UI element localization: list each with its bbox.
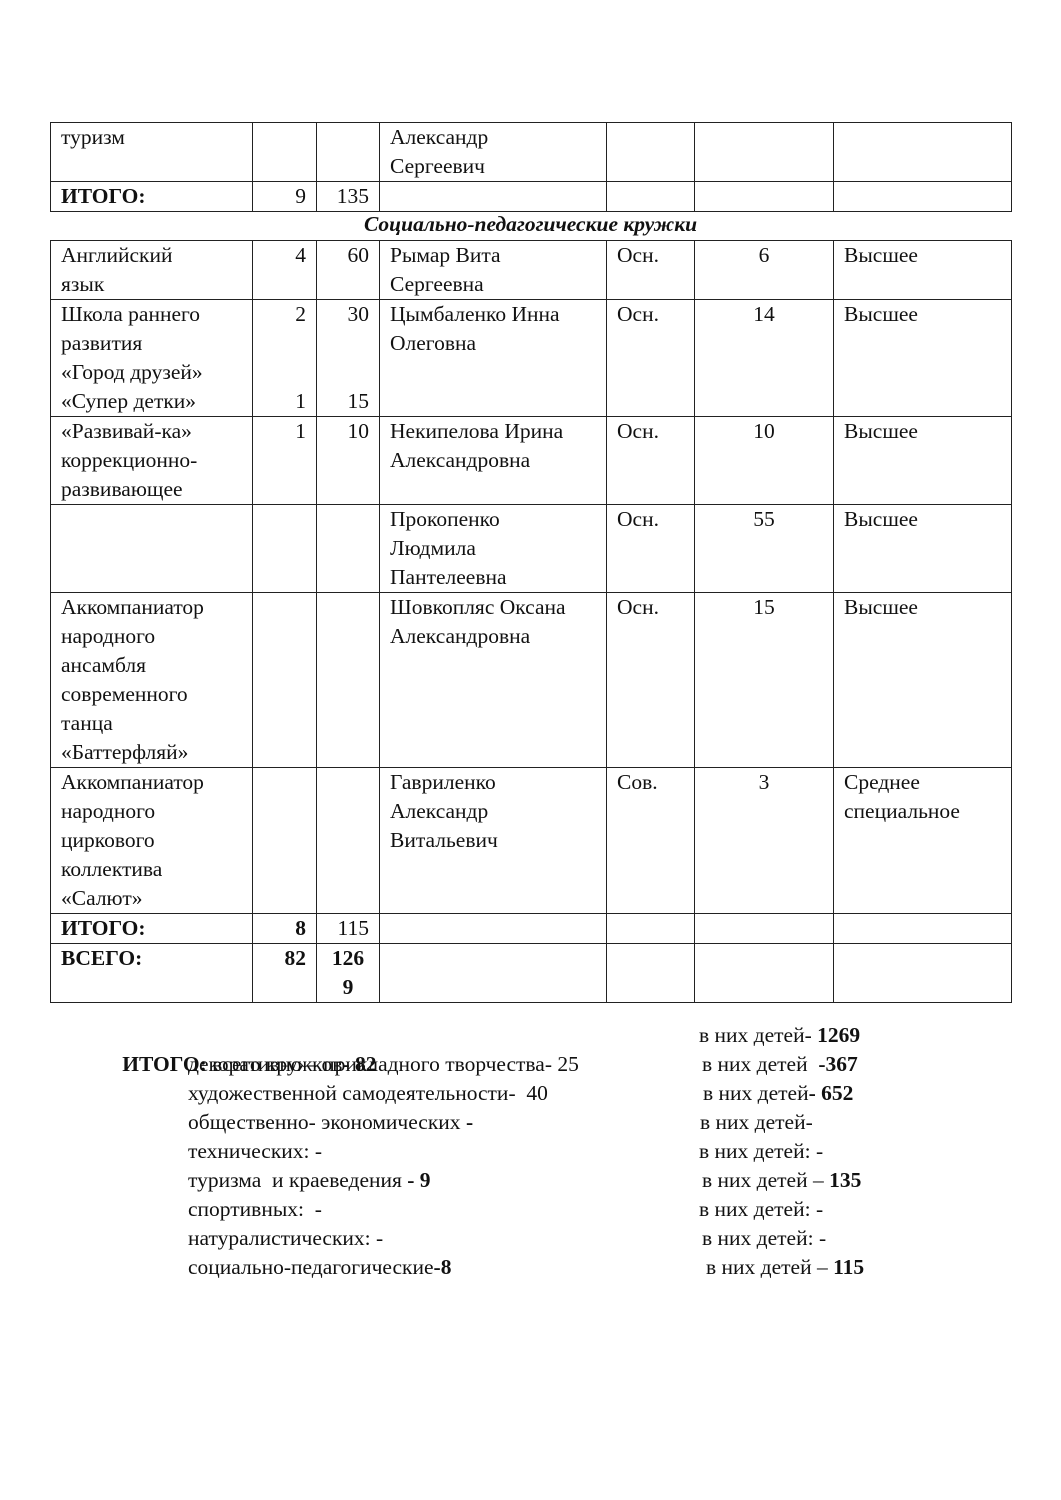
cell-children bbox=[317, 123, 380, 182]
children-secondary: 15 bbox=[327, 387, 369, 416]
cell-children: 126 9 bbox=[317, 944, 380, 1003]
cell-count bbox=[253, 505, 317, 593]
cell-teacher: Некипелова Ирина Александровна bbox=[380, 417, 607, 505]
cell-name bbox=[51, 505, 253, 593]
children-value: - 652 bbox=[809, 1081, 854, 1105]
cell-experience bbox=[695, 914, 834, 944]
summary-line: общественно- экономических - в них детей… bbox=[0, 1108, 1061, 1137]
cell-status: Осн. bbox=[607, 241, 695, 300]
summary-line: декоративно – прикладного творчества- 25… bbox=[0, 1050, 1061, 1079]
cell-status bbox=[607, 914, 695, 944]
cell-children bbox=[317, 593, 380, 768]
summary-line: спортивных: - в них детей: - bbox=[0, 1195, 1061, 1224]
summary-block: ИТОГО: всего кружков- 82 в них детей- 12… bbox=[0, 1021, 1061, 1282]
cell-name: Школа раннего развития «Город друзей» «С… bbox=[51, 300, 253, 417]
cell-status bbox=[607, 123, 695, 182]
children-label: в них детей- bbox=[699, 1023, 817, 1047]
cell-status: Осн. bbox=[607, 505, 695, 593]
cell-name: Аккомпаниатор народного ансамбля совреме… bbox=[51, 593, 253, 768]
children-label: в них детей- bbox=[700, 1110, 813, 1134]
cell-education bbox=[834, 914, 1012, 944]
cell-teacher: Цымбаленко Инна Олеговна bbox=[380, 300, 607, 417]
cell-status: Осн. bbox=[607, 300, 695, 417]
cell-children: 60 bbox=[317, 241, 380, 300]
cell-experience: 15 bbox=[695, 593, 834, 768]
cell-education: Высшее bbox=[834, 505, 1012, 593]
cell-status: Осн. bbox=[607, 417, 695, 505]
summary-label: туризма и краеведения bbox=[188, 1168, 407, 1192]
summary-label: технических: - bbox=[188, 1139, 322, 1163]
cell-education bbox=[834, 123, 1012, 182]
cell-children bbox=[317, 505, 380, 593]
table-row: «Развивай-ка» коррекционно- развивающее … bbox=[51, 417, 1012, 505]
summary-label: декоративно – прикладного творчества bbox=[188, 1052, 545, 1076]
summary-line: художественной самодеятельности- 40 в ни… bbox=[0, 1079, 1061, 1108]
cell-education: Среднее специальное bbox=[834, 768, 1012, 914]
children-value: -367 bbox=[818, 1052, 857, 1076]
cell-name: ИТОГО: bbox=[51, 914, 253, 944]
table-row-total: ИТОГО: 8 115 bbox=[51, 914, 1012, 944]
cell-name: Английский язык bbox=[51, 241, 253, 300]
section-title: Социально-педагогические кружки bbox=[50, 210, 1011, 239]
table-top-continuation: туризм Александр Сергеевич ИТОГО: 9 135 bbox=[50, 122, 1012, 212]
cell-status bbox=[607, 182, 695, 212]
summary-label: натуралистических: - bbox=[188, 1226, 383, 1250]
summary-value: - 40 bbox=[508, 1081, 547, 1105]
table-row: Аккомпаниатор народного ансамбля совреме… bbox=[51, 593, 1012, 768]
cell-children: 135 bbox=[317, 182, 380, 212]
cell-children bbox=[317, 768, 380, 914]
cell-children: 3015 bbox=[317, 300, 380, 417]
table-row: Английский язык 4 60 Рымар Вита Сергеевн… bbox=[51, 241, 1012, 300]
summary-label: художественной самодеятельности bbox=[188, 1081, 508, 1105]
summary-value: - 25 bbox=[545, 1052, 579, 1076]
count-secondary: 1 bbox=[263, 387, 306, 416]
summary-line: технических: - в них детей: - bbox=[0, 1137, 1061, 1166]
table-row: Аккомпаниатор народного циркового коллек… bbox=[51, 768, 1012, 914]
cell-teacher: Рымар Вита Сергеевна bbox=[380, 241, 607, 300]
cell-experience: 14 bbox=[695, 300, 834, 417]
cell-count: 8 bbox=[253, 914, 317, 944]
cell-experience bbox=[695, 123, 834, 182]
summary-value: -8 bbox=[434, 1255, 452, 1279]
cell-count: 1 bbox=[253, 417, 317, 505]
children-label: в них детей bbox=[702, 1052, 818, 1076]
cell-education: Высшее bbox=[834, 417, 1012, 505]
cell-teacher: Шовкопляс Оксана Александровна bbox=[380, 593, 607, 768]
cell-education bbox=[834, 182, 1012, 212]
children-value: 115 bbox=[833, 1255, 864, 1279]
children-primary: 30 bbox=[327, 300, 369, 329]
cell-name: туризм bbox=[51, 123, 253, 182]
cell-education: Высшее bbox=[834, 300, 1012, 417]
summary-label: спортивных: - bbox=[188, 1197, 322, 1221]
children-label: в них детей: - bbox=[699, 1197, 823, 1221]
cell-count: 21 bbox=[253, 300, 317, 417]
cell-count: 9 bbox=[253, 182, 317, 212]
table-row-grand-total: ВСЕГО: 82 126 9 bbox=[51, 944, 1012, 1003]
cell-name: ИТОГО: bbox=[51, 182, 253, 212]
summary-line: натуралистических: - в них детей: - bbox=[0, 1224, 1061, 1253]
cell-name: Аккомпаниатор народного циркового коллек… bbox=[51, 768, 253, 914]
children-label: в них детей – bbox=[706, 1255, 833, 1279]
cell-education bbox=[834, 944, 1012, 1003]
cell-count bbox=[253, 768, 317, 914]
cell-name: «Развивай-ка» коррекционно- развивающее bbox=[51, 417, 253, 505]
cell-count: 4 bbox=[253, 241, 317, 300]
cell-children: 10 bbox=[317, 417, 380, 505]
count-primary: 2 bbox=[263, 300, 306, 329]
children-value: 1269 bbox=[817, 1023, 860, 1047]
children-label: в них детей bbox=[703, 1081, 809, 1105]
cell-status bbox=[607, 944, 695, 1003]
summary-value: - bbox=[466, 1110, 473, 1134]
table-social-pedagogical: Английский язык 4 60 Рымар Вита Сергеевн… bbox=[50, 240, 1012, 1003]
summary-value: - 9 bbox=[407, 1168, 430, 1192]
cell-name: ВСЕГО: bbox=[51, 944, 253, 1003]
cell-children: 115 bbox=[317, 914, 380, 944]
cell-education: Высшее bbox=[834, 593, 1012, 768]
cell-teacher: Гавриленко Александр Витальевич bbox=[380, 768, 607, 914]
cell-status: Сов. bbox=[607, 768, 695, 914]
summary-line: туризма и краеведения - 9 в них детей – … bbox=[0, 1166, 1061, 1195]
cell-count bbox=[253, 593, 317, 768]
children-label: в них детей: - bbox=[699, 1139, 823, 1163]
cell-teacher: Александр Сергеевич bbox=[380, 123, 607, 182]
cell-teacher bbox=[380, 914, 607, 944]
cell-count bbox=[253, 123, 317, 182]
cell-experience bbox=[695, 182, 834, 212]
table-row-total: ИТОГО: 9 135 bbox=[51, 182, 1012, 212]
table-row: Школа раннего развития «Город друзей» «С… bbox=[51, 300, 1012, 417]
cell-status: Осн. bbox=[607, 593, 695, 768]
cell-experience: 6 bbox=[695, 241, 834, 300]
table-row: туризм Александр Сергеевич bbox=[51, 123, 1012, 182]
cell-teacher bbox=[380, 944, 607, 1003]
cell-teacher: Прокопенко Людмила Пантелеевна bbox=[380, 505, 607, 593]
children-label: в них детей – bbox=[702, 1168, 829, 1192]
cell-count: 82 bbox=[253, 944, 317, 1003]
cell-teacher bbox=[380, 182, 607, 212]
table-row: Прокопенко Людмила Пантелеевна Осн. 55 В… bbox=[51, 505, 1012, 593]
cell-experience: 55 bbox=[695, 505, 834, 593]
summary-line: социально-педагогические-8 в них детей –… bbox=[0, 1253, 1061, 1282]
children-label: в них детей: - bbox=[702, 1226, 826, 1250]
cell-experience: 3 bbox=[695, 768, 834, 914]
cell-education: Высшее bbox=[834, 241, 1012, 300]
cell-experience bbox=[695, 944, 834, 1003]
summary-label: социально-педагогические bbox=[188, 1255, 434, 1279]
children-value: 135 bbox=[829, 1168, 861, 1192]
summary-label: общественно- экономических bbox=[188, 1110, 466, 1134]
cell-experience: 10 bbox=[695, 417, 834, 505]
summary-line: ИТОГО: всего кружков- 82 в них детей- 12… bbox=[0, 1021, 1061, 1050]
